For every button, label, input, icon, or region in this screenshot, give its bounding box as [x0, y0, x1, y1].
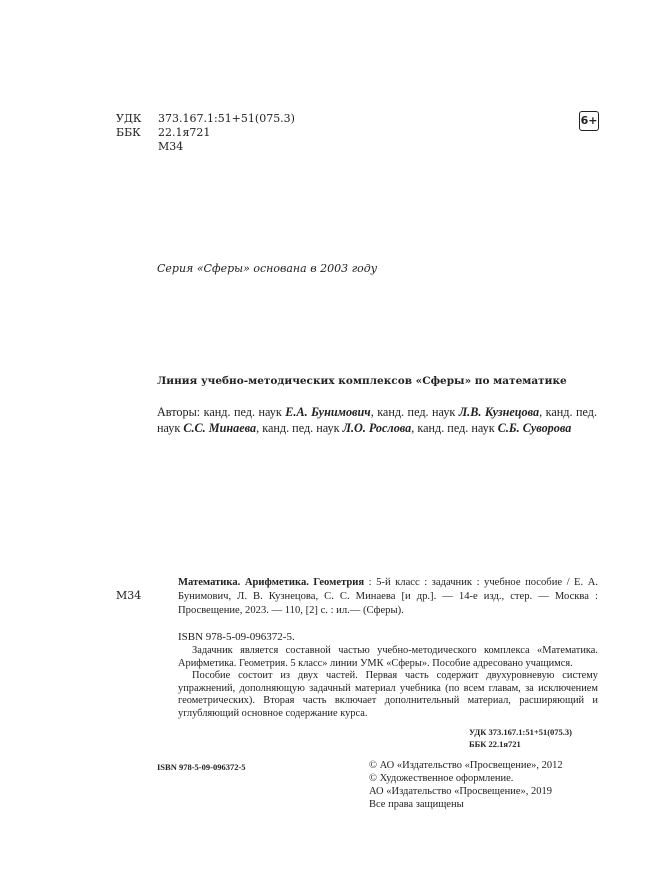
age-rating-badge: 6+	[579, 111, 599, 131]
author-mark-label	[116, 140, 158, 154]
catalog-code: М34	[116, 589, 141, 602]
annotation-paragraph: Пособие состоит из двух частей. Первая ч…	[178, 670, 598, 720]
bbk-label: ББК	[116, 126, 158, 140]
copyright-block: © АО «Издательство «Просвещение», 2012 ©…	[369, 759, 563, 811]
isbn-card: ISBN 978-5-09-096372-5.	[178, 631, 295, 643]
line-title: Линия учебно-методических комплексов «Сф…	[157, 375, 567, 387]
book-title: Математика. Арифметика. Геометрия	[178, 577, 364, 588]
author-name: Л.В. Кузнецова	[459, 405, 539, 419]
udk-block: УДК373.167.1:51+51(075.3) ББК22.1я721 М3…	[116, 112, 295, 154]
isbn-bottom: ISBN 978-5-09-096372-5	[157, 762, 246, 772]
udk-value: 373.167.1:51+51(075.3)	[158, 112, 295, 126]
author-name: Е.А. Бунимович	[285, 405, 370, 419]
annotation-paragraph: Задачник является составной частью учебн…	[178, 645, 598, 670]
udk-bottom: УДК 373.167.1:51+51(075.3) ББК 22.1я721	[469, 727, 572, 750]
author-name: С.С. Минаева	[183, 421, 256, 435]
udk-label: УДК	[116, 112, 158, 126]
author-mark-value: М34	[158, 140, 183, 154]
catalog-card: Математика. Арифметика. Геометрия : 5-й …	[178, 576, 598, 618]
annotation: Задачник является составной частью учебн…	[178, 645, 598, 721]
author-name: С.Б. Суворова	[498, 421, 572, 435]
series-note: Серия «Сферы» основана в 2003 году	[157, 262, 377, 275]
author-name: Л.О. Рослова	[343, 421, 412, 435]
bbk-value: 22.1я721	[158, 126, 210, 140]
authors-list: Авторы: канд. пед. наук Е.А. Бунимович, …	[157, 405, 597, 436]
